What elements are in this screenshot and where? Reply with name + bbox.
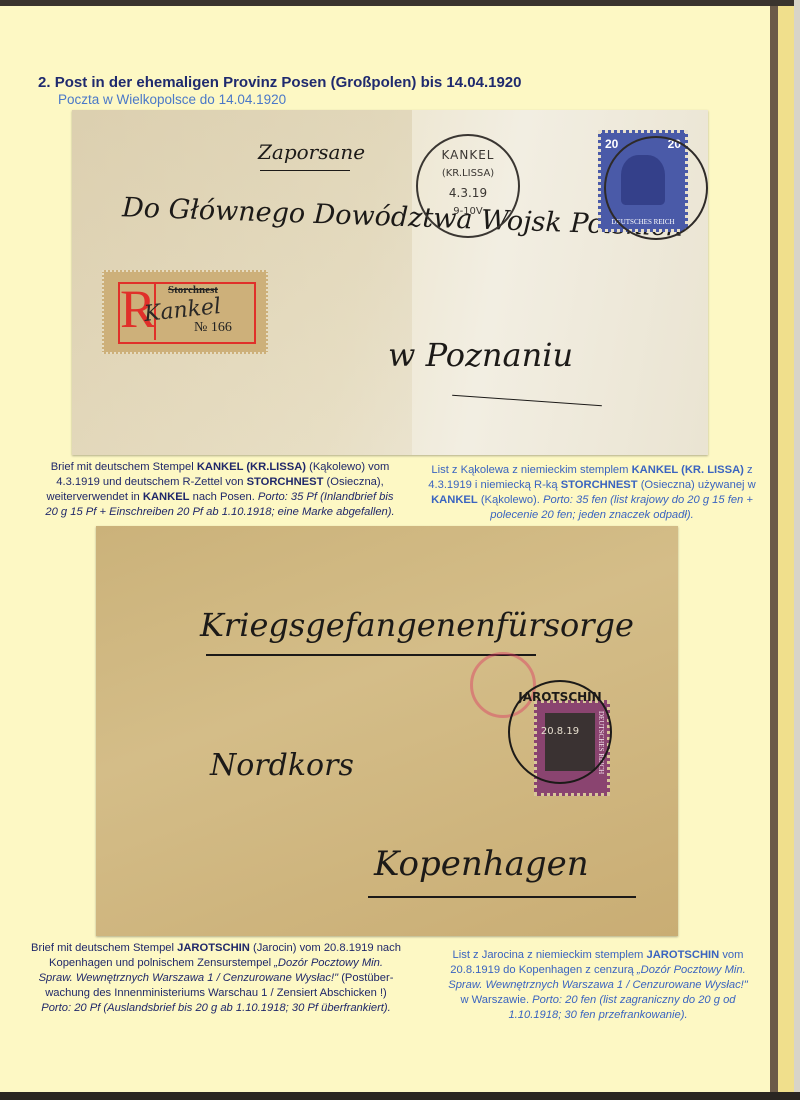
caption-text: Porto: 35 fen (list krajowy do 20 g 15 f… (543, 494, 753, 506)
caption-text: vom (719, 949, 743, 961)
caption-line: 1.10.1918; 30 fen przefrankowanie). (414, 1008, 782, 1023)
caption-text: (Kąkolewo). (478, 494, 543, 506)
caption-line: wachung des Innenministeriums Warschau 1… (24, 986, 408, 1001)
caption-text: Brief mit deutschem Stempel (31, 942, 177, 954)
caption-line: 4.3.1919 i niemiecką R-ką STORCHNEST (Os… (412, 478, 772, 493)
caption-text: JAROTSCHIN (647, 949, 720, 961)
caption-text: KANKEL (KR.LISSA) (197, 461, 306, 473)
number-value: 166 (211, 320, 232, 335)
caption-line: polecenie 20 fen; jeden znaczek odpadł). (412, 508, 772, 523)
caption-line: Spraw. Wewnętrznych Warszawa 1 / Cenzuro… (414, 978, 782, 993)
cover-2-caption-de: Brief mit deutschem Stempel JAROTSCHIN (… (24, 941, 408, 1016)
stamp-cancel-ring (604, 136, 708, 240)
caption-text: nach Posen. (190, 491, 258, 503)
caption-text: 1.10.1918; 30 fen przefrankowanie). (508, 1009, 687, 1021)
caption-text: w Warszawie. (460, 994, 532, 1006)
caption-line: 20 g 15 Pf + Einschreiben 20 Pf ab 1.10.… (40, 505, 400, 520)
caption-line: KANKEL (Kąkolewo). Porto: 35 fen (list k… (412, 493, 772, 508)
caption-text: polecenie 20 fen; jeden znaczek odpadł). (490, 509, 693, 521)
caption-line: 4.3.1919 und deutschem R-Zettel von STOR… (40, 475, 400, 490)
caption-line: Spraw. Wewnętrznych Warszawa 1 / Cenzuro… (24, 971, 408, 986)
caption-text: Kopenhagen und polnischem Zensurstempel (49, 957, 274, 969)
cover-1-caption-pl: List z Kąkolewa z niemieckim stemplem KA… (412, 463, 772, 523)
line-3-underline (368, 896, 636, 898)
jarotschin-postmark: JAROTSCHIN 20.8.19 (508, 680, 612, 784)
section-title-de-text: Post in der ehemaligen Provinz Posen (Gr… (55, 74, 522, 91)
service-note-underline (260, 170, 350, 171)
handwritten-line-3: Kopenhagen (374, 844, 589, 884)
postmark-town: KANKEL (418, 148, 518, 162)
caption-line: Brief mit deutschem Stempel JAROTSCHIN (… (24, 941, 408, 956)
caption-text: Porto: 35 Pf (Inlandbrief bis (258, 491, 394, 503)
postmark-time: 9-10V (418, 206, 518, 217)
caption-line: weiterverwendet in KANKEL nach Posen. Po… (40, 490, 400, 505)
caption-text: 20 g 15 Pf + Einschreiben 20 Pf ab 1.10.… (45, 506, 394, 518)
caption-text: KANKEL (431, 494, 478, 506)
postmark-town-2: JAROTSCHIN (510, 690, 610, 704)
caption-line: Porto: 20 Pf (Auslandsbrief bis 20 g ab … (24, 1001, 408, 1016)
caption-text: (Osieczna), (323, 476, 383, 488)
number-sign: № (194, 320, 207, 335)
stamp-value-left: 20 (605, 137, 618, 151)
page-edge (794, 0, 800, 1100)
caption-line: Brief mit deutschem Stempel KANKEL (KR.L… (40, 460, 400, 475)
registration-number: № 166 (194, 320, 232, 336)
caption-text: Spraw. Wewnętrznych Warszawa 1 / Cenzuro… (448, 979, 748, 991)
caption-text: wachung des Innenministeriums Warschau 1… (45, 987, 387, 999)
handwritten-address-line-2: w Poznaniu (388, 336, 573, 374)
caption-line: List z Kąkolewa z niemieckim stemplem KA… (412, 463, 772, 478)
cover-1-caption-de: Brief mit deutschem Stempel KANKEL (KR.L… (40, 460, 400, 520)
caption-text: 4.3.1919 i niemiecką R-ką (428, 479, 560, 491)
caption-text: z (744, 464, 753, 476)
caption-line: Kopenhagen und polnischem Zensurstempel … (24, 956, 408, 971)
caption-text: „Dozór Pocztowy Min. (274, 957, 383, 969)
address-underline (452, 395, 602, 406)
caption-text: Porto: 20 fen (list zagraniczny do 20 g … (532, 994, 735, 1006)
handwritten-line-1: Kriegsgefangenenfürsorge (200, 606, 634, 644)
caption-text: (Postüber- (338, 972, 393, 984)
cover-2-caption-pl: List z Jarocina z niemieckim stemplem JA… (414, 948, 782, 1023)
caption-text: JAROTSCHIN (177, 942, 250, 954)
caption-text: (Kąkolewo) vom (306, 461, 389, 473)
caption-line: List z Jarocina z niemieckim stemplem JA… (414, 948, 782, 963)
caption-text: 20.8.1919 do Kopenhagen z cenzurą (450, 964, 637, 976)
page-margin-strip (778, 6, 794, 1092)
caption-text: KANKEL (143, 491, 190, 503)
caption-text: Porto: 20 Pf (Auslandsbrief bis 20 g ab … (41, 1002, 391, 1014)
caption-text: „Dozór Pocztowy Min. (637, 964, 746, 976)
caption-text: Spraw. Wewnętrznych Warszawa 1 / Cenzuro… (39, 972, 339, 984)
caption-text: (Jarocin) vom 20.8.1919 nach (250, 942, 401, 954)
caption-text: (Osieczna) używanej w (638, 479, 756, 491)
caption-text: weiterverwendet in (46, 491, 142, 503)
caption-line: 20.8.1919 do Kopenhagen z cenzurą „Dozór… (414, 963, 782, 978)
section-title-de: 2. Post in der ehemaligen Provinz Posen … (38, 74, 522, 91)
postmark-district: (KR.LISSA) (418, 168, 518, 179)
registration-label: R Storchnest Kankel № 166 (102, 270, 268, 354)
postmark-date: 4.3.19 (418, 186, 518, 200)
caption-text: List z Jarocina z niemieckim stemplem (453, 949, 647, 961)
scan-bottom-edge (0, 1092, 800, 1100)
handwritten-line-2: Nordkors (210, 748, 354, 783)
caption-text: STORCHNEST (247, 476, 324, 488)
postmark-date-2: 20.8.19 (510, 726, 610, 737)
caption-text: KANKEL (KR. LISSA) (632, 464, 744, 476)
section-title-pl: Poczta w Wielkopolsce do 14.04.1920 (58, 92, 522, 107)
caption-line: w Warszawie. Porto: 20 fen (list zagrani… (414, 993, 782, 1008)
page-header: 2. Post in der ehemaligen Provinz Posen … (38, 74, 522, 107)
caption-text: List z Kąkolewa z niemieckim stemplem (431, 464, 631, 476)
section-number: 2. (38, 74, 51, 91)
caption-text: Brief mit deutschem Stempel (51, 461, 197, 473)
kankel-postmark: KANKEL (KR.LISSA) 4.3.19 9-10V (416, 134, 520, 238)
handwritten-service-note: Zaporsane (258, 140, 365, 164)
caption-text: 4.3.1919 und deutschem R-Zettel von (56, 476, 246, 488)
caption-text: STORCHNEST (561, 479, 638, 491)
